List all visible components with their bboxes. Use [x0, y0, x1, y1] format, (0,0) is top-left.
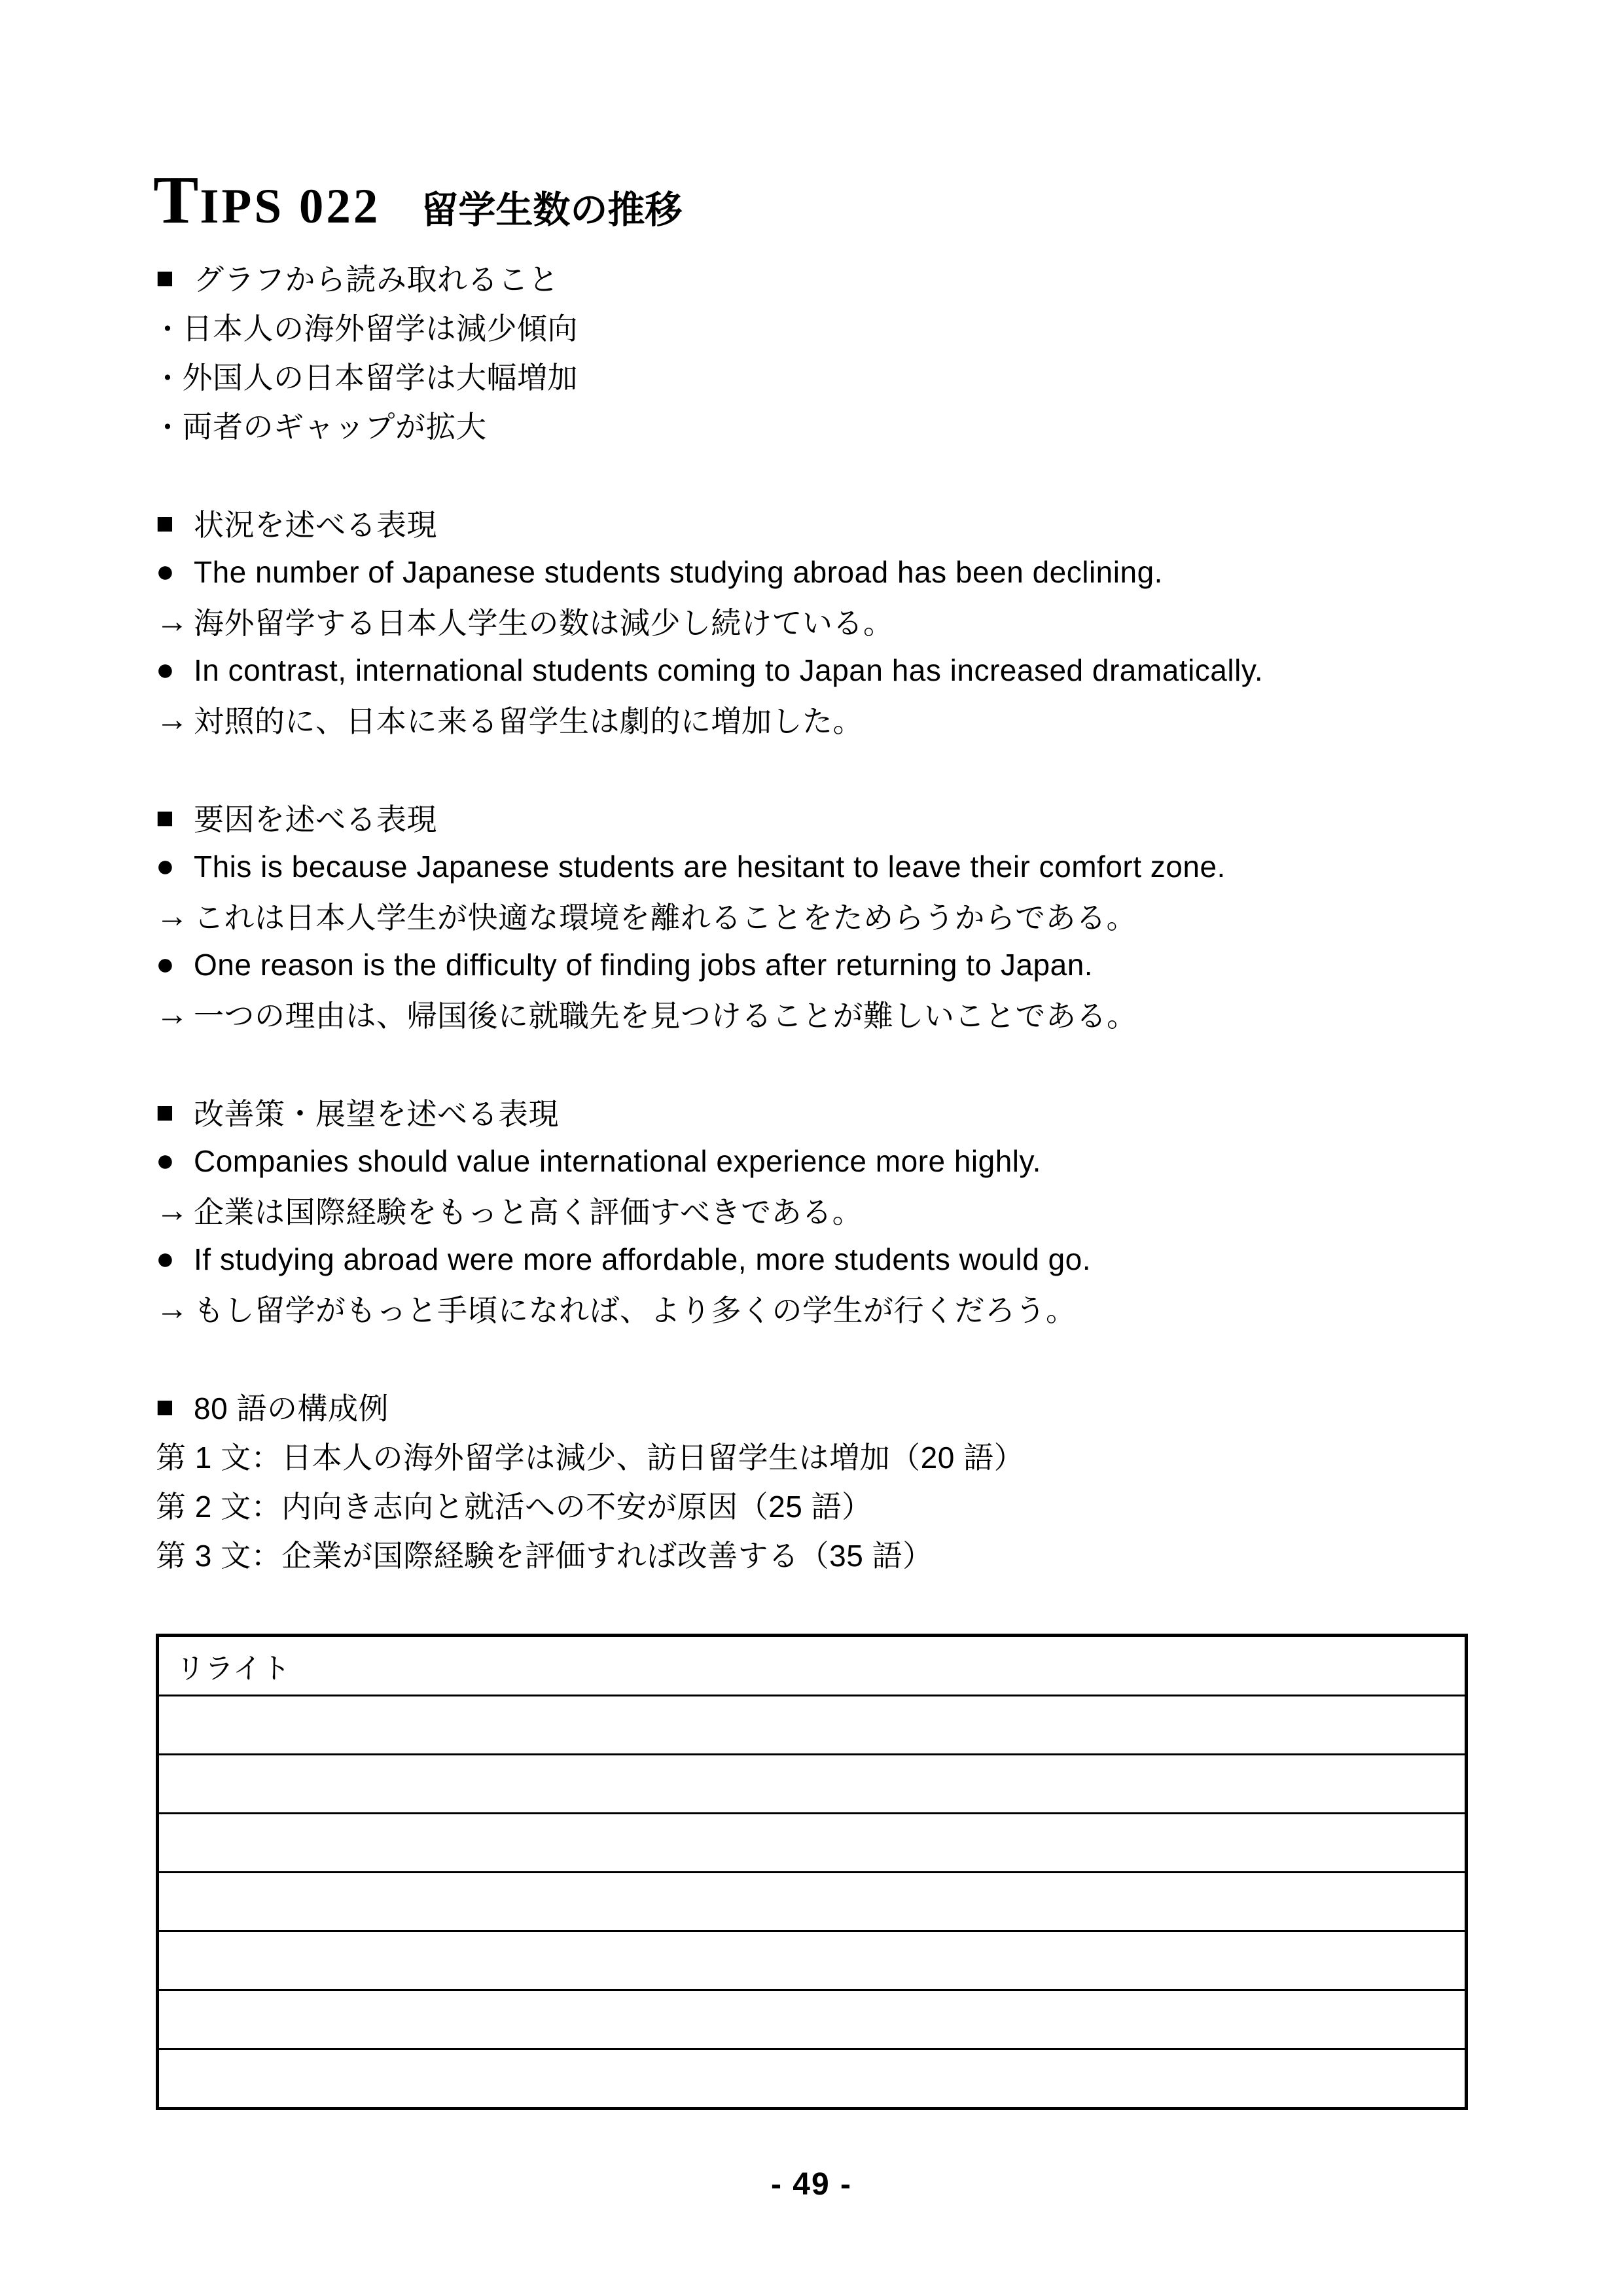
- text-line: ●The number of Japanese students studyin…: [156, 547, 1263, 596]
- arrow-marker-icon: →: [156, 700, 194, 738]
- text-line: ●In contrast, international students com…: [156, 645, 1263, 694]
- line-text: 企業は国際経験をもっと高く評価すべきである。: [194, 1189, 863, 1232]
- circle-marker-icon: ●: [156, 848, 194, 884]
- text-line: ・両者のギャップが拡大: [156, 400, 1263, 449]
- title-tips-initial: T: [153, 162, 200, 238]
- arrow-marker-icon: →: [156, 897, 194, 935]
- text-line: 第 1 文：日本人の海外留学は減少、訪日留学生は増加（20 語）: [156, 1431, 1263, 1480]
- title-tips-number: IPS 022: [200, 179, 380, 234]
- rewrite-table-row: [159, 1695, 1465, 1753]
- text-line: →海外留学する日本人学生の数は減少し続けている。: [156, 596, 1263, 645]
- text-line: ■グラフから読み取れること: [156, 253, 1263, 302]
- rewrite-table-header: リライト: [159, 1637, 1465, 1695]
- rewrite-table-row: [159, 1989, 1465, 2048]
- rewrite-table-row: [159, 1812, 1465, 1871]
- line-text: 海外留学する日本人学生の数は減少し続けている。: [194, 600, 894, 643]
- arrow-marker-icon: →: [156, 1191, 194, 1229]
- rewrite-table: リライト: [156, 1634, 1468, 2110]
- page-number: - 49 -: [771, 2167, 852, 2202]
- title-subtitle: 留学生数の推移: [421, 189, 682, 231]
- line-text: One reason is the difficulty of finding …: [194, 947, 1093, 982]
- dot-marker-icon: ・: [153, 404, 183, 446]
- text-line: ●One reason is the difficulty of finding…: [156, 940, 1263, 989]
- text-line: ・日本人の海外留学は減少傾向: [156, 302, 1263, 351]
- text-line: ■改善策・展望を述べる表現: [156, 1087, 1263, 1136]
- text-line: ■状況を述べる表現: [156, 498, 1263, 547]
- text-line: ■80 語の構成例: [156, 1382, 1263, 1431]
- square-marker-icon: ■: [156, 505, 194, 541]
- square-marker-icon: ■: [156, 1094, 194, 1130]
- text-line: 第 3 文：企業が国際経験を評価すれば改善する（35 語）: [156, 1529, 1263, 1578]
- line-text: 第 3 文：企業が国際経験を評価すれば改善する（35 語）: [156, 1532, 933, 1575]
- line-text: 一つの理由は、帰国後に就職先を見つけることが難しいことである。: [194, 992, 1137, 1035]
- text-line: ●If studying abroad were more affordable…: [156, 1234, 1263, 1283]
- line-text: This is because Japanese students are he…: [194, 849, 1226, 884]
- line-text: 第 2 文：内向き志向と就活への不安が原因（25 語）: [156, 1483, 872, 1526]
- text-line: ●Companies should value international ex…: [156, 1136, 1263, 1185]
- dot-marker-icon: ・: [153, 306, 183, 348]
- text-line: ■要因を述べる表現: [156, 793, 1263, 842]
- text-line: →一つの理由は、帰国後に就職先を見つけることが難しいことである。: [156, 989, 1263, 1038]
- square-marker-icon: ■: [156, 260, 194, 295]
- text-line: →対照的に、日本に来る留学生は劇的に増加した。: [156, 694, 1263, 744]
- sections: ■グラフから読み取れること・日本人の海外留学は減少傾向・外国人の日本留学は大幅増…: [156, 253, 1263, 1627]
- rewrite-table-title: リライト: [176, 1645, 291, 1687]
- line-text: 対照的に、日本に来る留学生は劇的に増加した。: [194, 698, 863, 741]
- arrow-marker-icon: →: [156, 602, 194, 640]
- circle-marker-icon: ●: [156, 652, 194, 688]
- line-text: If studying abroad were more affordable,…: [194, 1242, 1091, 1277]
- line-text: 日本人の海外留学は減少傾向: [183, 305, 579, 348]
- text-line: →企業は国際経験をもっと高く評価すべきである。: [156, 1185, 1263, 1234]
- arrow-marker-icon: →: [156, 995, 194, 1033]
- line-text: これは日本人学生が快適な環境を離れることをためらうからである。: [194, 894, 1137, 937]
- rewrite-table-row: [159, 1753, 1465, 1812]
- section-heading: 状況を述べる表現: [194, 501, 437, 545]
- circle-marker-icon: ●: [156, 1241, 194, 1277]
- text-line: ●This is because Japanese students are h…: [156, 842, 1263, 891]
- section: ■改善策・展望を述べる表現●Companies should value int…: [156, 1087, 1263, 1333]
- line-text: もし留学がもっと手頃になれば、より多くの学生が行くだろう。: [194, 1287, 1077, 1330]
- square-marker-icon: ■: [156, 1389, 194, 1424]
- circle-marker-icon: ●: [156, 1143, 194, 1179]
- section-heading: 改善策・展望を述べる表現: [194, 1090, 559, 1134]
- line-text: The number of Japanese students studying…: [194, 554, 1163, 590]
- dot-marker-icon: ・: [153, 355, 183, 397]
- section-heading: 要因を述べる表現: [194, 796, 437, 839]
- rewrite-table-row: [159, 2048, 1465, 2107]
- document-page: TIPS 022留学生数の推移 ■グラフから読み取れること・日本人の海外留学は減…: [0, 0, 1623, 2296]
- line-text: Companies should value international exp…: [194, 1143, 1041, 1179]
- circle-marker-icon: ●: [156, 946, 194, 982]
- section: ■状況を述べる表現●The number of Japanese student…: [156, 498, 1263, 744]
- text-line: 第 2 文：内向き志向と就活への不安が原因（25 語）: [156, 1480, 1263, 1529]
- square-marker-icon: ■: [156, 800, 194, 835]
- section-heading: グラフから読み取れること: [194, 256, 559, 299]
- section-heading: 80 語の構成例: [194, 1385, 389, 1428]
- section: ■グラフから読み取れること・日本人の海外留学は減少傾向・外国人の日本留学は大幅増…: [156, 253, 1263, 449]
- arrow-marker-icon: →: [156, 1289, 194, 1327]
- text-line: →もし留学がもっと手頃になれば、より多くの学生が行くだろう。: [156, 1283, 1263, 1333]
- rewrite-table-row: [159, 1930, 1465, 1989]
- line-text: 両者のギャップが拡大: [183, 403, 487, 446]
- circle-marker-icon: ●: [156, 554, 194, 590]
- line-text: In contrast, international students comi…: [194, 653, 1263, 688]
- line-text: 第 1 文：日本人の海外留学は減少、訪日留学生は増加（20 語）: [156, 1434, 1024, 1477]
- text-line: →これは日本人学生が快適な環境を離れることをためらうからである。: [156, 891, 1263, 940]
- page-title: TIPS 022留学生数の推移: [153, 161, 682, 239]
- section: ■要因を述べる表現●This is because Japanese stude…: [156, 793, 1263, 1038]
- line-text: 外国人の日本留学は大幅増加: [183, 354, 579, 397]
- rewrite-table-row: [159, 1871, 1465, 1930]
- text-line: ・外国人の日本留学は大幅増加: [156, 351, 1263, 400]
- page-footer: - 49 -: [0, 2166, 1623, 2202]
- section: ■80 語の構成例第 1 文：日本人の海外留学は減少、訪日留学生は増加（20 語…: [156, 1382, 1263, 1578]
